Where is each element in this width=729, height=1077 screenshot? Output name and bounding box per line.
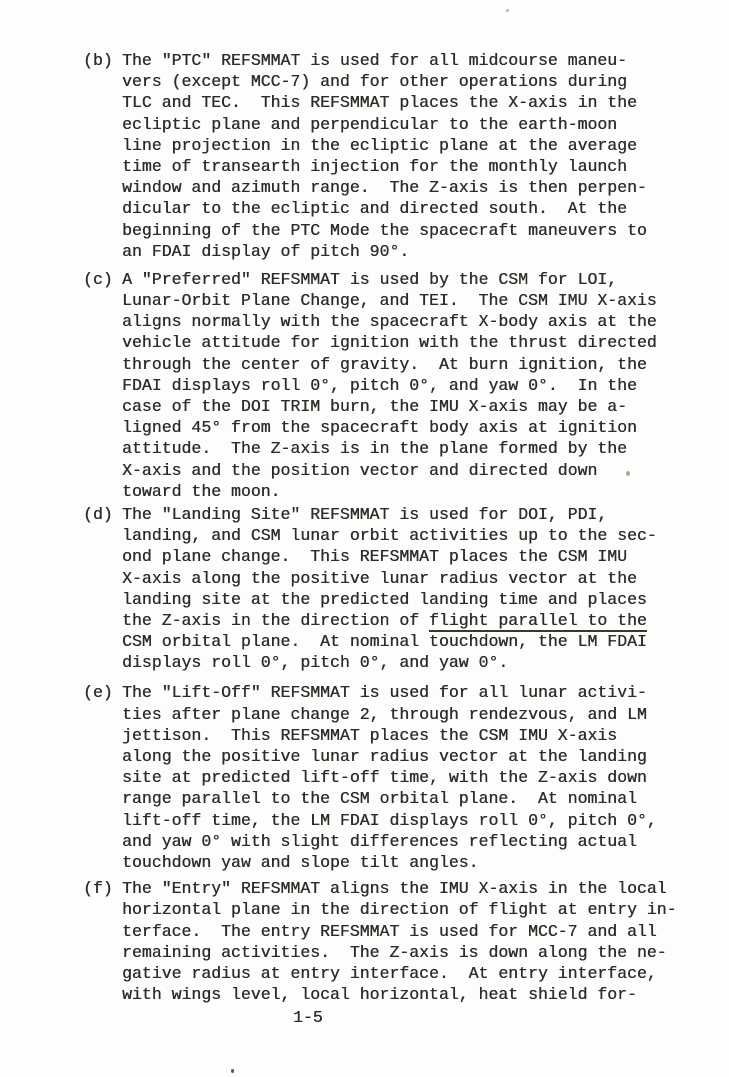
- text-segment: gative radius at entry interface. At ent…: [122, 964, 657, 983]
- scan-speck: [506, 9, 509, 12]
- text-line: aligns normally with the spacecraft X-bo…: [122, 311, 699, 332]
- paragraph-label: (f): [83, 878, 122, 899]
- text-line: toward the moon.: [122, 481, 699, 502]
- paragraph-body: The "Landing Site" REFSMMAT is used for …: [122, 504, 699, 674]
- paragraph-body: The "Entry" REFSMMAT aligns the IMU X-ax…: [122, 878, 699, 1005]
- text-line: beginning of the PTC Mode the spacecraft…: [122, 220, 699, 241]
- paragraph-label: (d): [83, 504, 122, 525]
- text-segment: X-axis along the positive lunar radius v…: [122, 569, 637, 588]
- paragraph: (d)The "Landing Site" REFSMMAT is used f…: [83, 504, 699, 674]
- text-segment: with wings level, local horizontal, heat…: [122, 985, 637, 1004]
- text-line: terface. The entry REFSMMAT is used for …: [122, 921, 699, 942]
- text-segment: A "Preferred" REFSMMAT is used by the CS…: [122, 270, 617, 289]
- paragraph: (b)The "PTC" REFSMMAT is used for all mi…: [83, 50, 699, 262]
- text-segment: beginning of the PTC Mode the spacecraft…: [122, 221, 647, 240]
- text-segment: remaining activities. The Z-axis is down…: [122, 943, 667, 962]
- text-line: jettison. This REFSMMAT places the CSM I…: [122, 725, 699, 746]
- paragraph-label: (c): [83, 269, 122, 290]
- text-line: FDAI displays roll 0°, pitch 0°, and yaw…: [122, 375, 699, 396]
- text-segment: attitude. The Z-axis is in the plane for…: [122, 439, 627, 458]
- page-number: 1-5: [293, 1007, 323, 1028]
- paragraph-body: The "Lift-Off" REFSMMAT is used for all …: [122, 682, 699, 873]
- text-line: ties after plane change 2, through rende…: [122, 704, 699, 725]
- text-segment: time of transearth injection for the mon…: [122, 157, 627, 176]
- text-line: TLC and TEC. This REFSMMAT places the X-…: [122, 92, 699, 113]
- text-line: The "Lift-Off" REFSMMAT is used for all …: [122, 682, 699, 703]
- text-line: remaining activities. The Z-axis is down…: [122, 942, 699, 963]
- text-line: ecliptic plane and perpendicular to the …: [122, 114, 699, 135]
- paragraph-label: (b): [83, 50, 122, 71]
- paragraph: (c)A "Preferred" REFSMMAT is used by the…: [83, 269, 699, 502]
- text-segment: dicular to the ecliptic and directed sou…: [122, 199, 627, 218]
- paragraph: (f)The "Entry" REFSMMAT aligns the IMU X…: [83, 878, 699, 1005]
- text-segment: landing site at the predicted landing ti…: [122, 590, 647, 609]
- text-segment: line projection in the ecliptic plane at…: [122, 136, 637, 155]
- text-segment: FDAI displays roll 0°, pitch 0°, and yaw…: [122, 376, 637, 395]
- scan-speck: [231, 1069, 234, 1073]
- text-line: an FDAI display of pitch 90°.: [122, 241, 699, 262]
- text-line: along the positive lunar radius vector a…: [122, 746, 699, 767]
- text-line: landing site at the predicted landing ti…: [122, 589, 699, 610]
- text-line: The "PTC" REFSMMAT is used for all midco…: [122, 50, 699, 71]
- text-segment: The "Landing Site" REFSMMAT is used for …: [122, 505, 607, 524]
- text-line: time of transearth injection for the mon…: [122, 156, 699, 177]
- paragraph-label: (e): [83, 682, 122, 703]
- text-line: CSM orbital plane. At nominal touchdown,…: [122, 631, 699, 652]
- text-segment: along the positive lunar radius vector a…: [122, 747, 647, 766]
- text-segment: ecliptic plane and perpendicular to the …: [122, 115, 617, 134]
- text-line: with wings level, local horizontal, heat…: [122, 984, 699, 1005]
- text-segment: The "Entry" REFSMMAT aligns the IMU X-ax…: [122, 879, 667, 898]
- text-line: The "Entry" REFSMMAT aligns the IMU X-ax…: [122, 878, 699, 899]
- text-line: A "Preferred" REFSMMAT is used by the CS…: [122, 269, 699, 290]
- text-line: range parallel to the CSM orbital plane.…: [122, 788, 699, 809]
- text-segment: ligned 45° from the spacecraft body axis…: [122, 418, 637, 437]
- text-line: dicular to the ecliptic and directed sou…: [122, 198, 699, 219]
- text-segment: landing, and CSM lunar orbit activities …: [122, 526, 657, 545]
- text-line: X-axis along the positive lunar radius v…: [122, 568, 699, 589]
- text-segment: vehicle attitude for ignition with the t…: [122, 333, 657, 352]
- text-segment: range parallel to the CSM orbital plane.…: [122, 789, 637, 808]
- text-segment: through the center of gravity. At burn i…: [122, 355, 647, 374]
- text-segment: site at predicted lift-off time, with th…: [122, 768, 647, 787]
- text-segment: and yaw 0° with slight differences refle…: [122, 832, 637, 851]
- text-segment: ties after plane change 2, through rende…: [122, 705, 647, 724]
- paragraph-body: The "PTC" REFSMMAT is used for all midco…: [122, 50, 699, 262]
- text-line: Lunar-Orbit Plane Change, and TEI. The C…: [122, 290, 699, 311]
- text-line: attitude. The Z-axis is in the plane for…: [122, 438, 699, 459]
- text-line: The "Landing Site" REFSMMAT is used for …: [122, 504, 699, 525]
- text-segment: terface. The entry REFSMMAT is used for …: [122, 922, 657, 941]
- scan-speck: [626, 471, 630, 476]
- text-line: ligned 45° from the spacecraft body axis…: [122, 417, 699, 438]
- text-segment: flight parallel to the: [429, 611, 647, 632]
- text-line: through the center of gravity. At burn i…: [122, 354, 699, 375]
- text-line: vehicle attitude for ignition with the t…: [122, 332, 699, 353]
- text-segment: TLC and TEC. This REFSMMAT places the X-…: [122, 93, 637, 112]
- text-line: window and azimuth range. The Z-axis is …: [122, 177, 699, 198]
- document-body: (b)The "PTC" REFSMMAT is used for all mi…: [83, 50, 699, 1005]
- text-segment: Lunar-Orbit Plane Change, and TEI. The C…: [122, 291, 657, 310]
- text-line: vers (except MCC-7) and for other operat…: [122, 71, 699, 92]
- text-line: lift-off time, the LM FDAI displays roll…: [122, 810, 699, 831]
- paragraph: (e)The "Lift-Off" REFSMMAT is used for a…: [83, 682, 699, 873]
- text-segment: horizontal plane in the direction of fli…: [122, 900, 677, 919]
- paragraph-body: A "Preferred" REFSMMAT is used by the CS…: [122, 269, 699, 502]
- text-segment: case of the DOI TRIM burn, the IMU X-axi…: [122, 397, 627, 416]
- text-segment: ond plane change. This REFSMMAT places t…: [122, 547, 627, 566]
- text-line: site at predicted lift-off time, with th…: [122, 767, 699, 788]
- text-line: gative radius at entry interface. At ent…: [122, 963, 699, 984]
- scanned-document-page: (b)The "PTC" REFSMMAT is used for all mi…: [0, 0, 729, 1077]
- text-line: ond plane change. This REFSMMAT places t…: [122, 546, 699, 567]
- text-line: displays roll 0°, pitch 0°, and yaw 0°.: [122, 652, 699, 673]
- text-segment: CSM orbital plane. At nominal: [122, 632, 429, 651]
- text-line: horizontal plane in the direction of fli…: [122, 899, 699, 920]
- text-segment: lift-off time, the LM FDAI displays roll…: [122, 811, 657, 830]
- text-line: and yaw 0° with slight differences refle…: [122, 831, 699, 852]
- text-line: case of the DOI TRIM burn, the IMU X-axi…: [122, 396, 699, 417]
- text-segment: The "PTC" REFSMMAT is used for all midco…: [122, 51, 627, 70]
- text-segment: the Z-axis in the direction of: [122, 611, 429, 630]
- text-segment: The "Lift-Off" REFSMMAT is used for all …: [122, 683, 647, 702]
- text-segment: toward the moon.: [122, 482, 280, 501]
- text-line: touchdown yaw and slope tilt angles.: [122, 852, 699, 873]
- text-segment: touchdown yaw and slope tilt angles.: [122, 853, 478, 872]
- text-segment: displays roll 0°, pitch 0°, and yaw 0°.: [122, 653, 508, 672]
- text-segment: vers (except MCC-7) and for other operat…: [122, 72, 627, 91]
- text-segment: touchdown, the LM FDAI: [429, 630, 647, 651]
- text-line: X-axis and the position vector and direc…: [122, 460, 699, 481]
- text-line: line projection in the ecliptic plane at…: [122, 135, 699, 156]
- text-segment: X-axis and the position vector and direc…: [122, 461, 597, 480]
- text-segment: an FDAI display of pitch 90°.: [122, 242, 409, 261]
- text-segment: jettison. This REFSMMAT places the CSM I…: [122, 726, 617, 745]
- text-segment: window and azimuth range. The Z-axis is …: [122, 178, 647, 197]
- text-segment: aligns normally with the spacecraft X-bo…: [122, 312, 657, 331]
- text-line: landing, and CSM lunar orbit activities …: [122, 525, 699, 546]
- text-line: the Z-axis in the direction of flight pa…: [122, 610, 699, 631]
